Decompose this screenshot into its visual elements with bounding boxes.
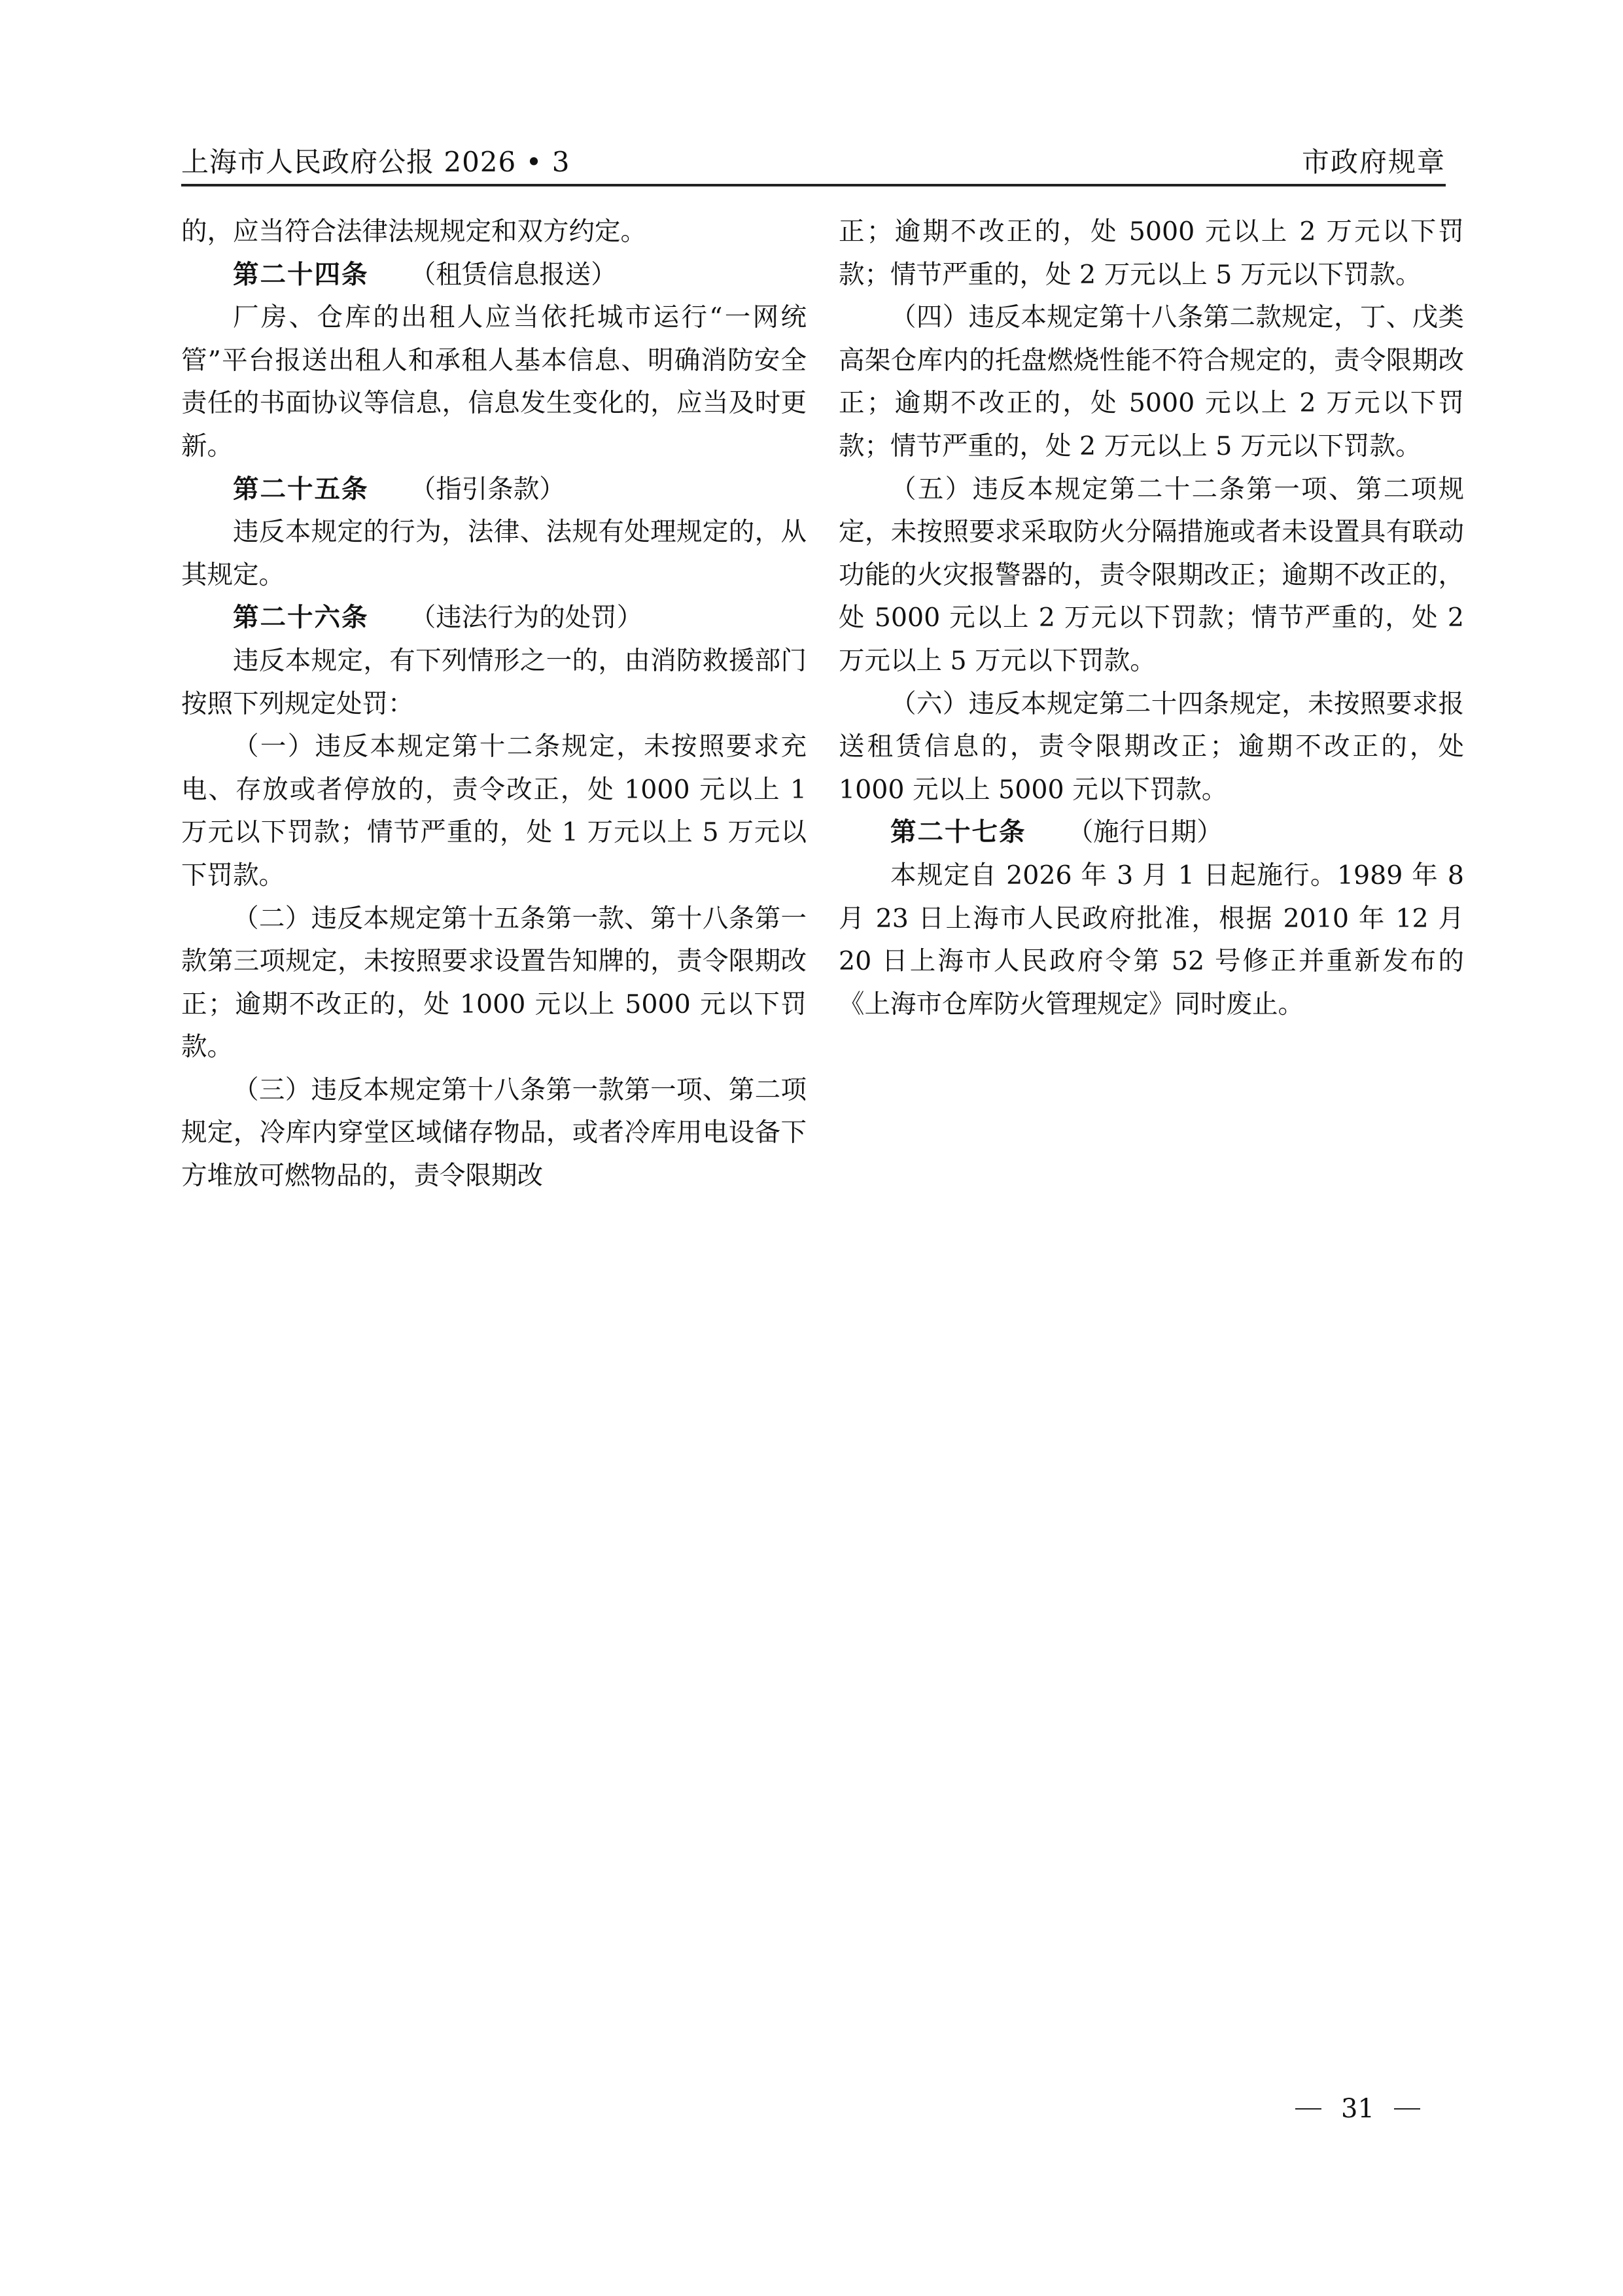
article-heading-27: 第二十七条（施行日期） <box>839 811 1464 855</box>
article-title: （施行日期） <box>1068 817 1223 847</box>
running-header: 上海市人民政府公报 2026 • 3 市政府规章 <box>181 134 1446 180</box>
paragraph: 违反本规定的行为，法律、法规有处理规定的，从其规定。 <box>181 511 807 597</box>
article-title: （租赁信息报送） <box>410 260 617 290</box>
article-title: （指引条款） <box>410 474 565 504</box>
list-item: （三）违反本规定第十八条第一款第一项、第二项规定，冷库内穿堂区域储存物品，或者冷… <box>181 1069 807 1198</box>
page-footer: 31 <box>1295 2094 1420 2124</box>
paragraph: 厂房、仓库的出租人应当依托城市运行“一网统管”平台报送出租人和承租人基本信息、明… <box>181 296 807 468</box>
article-heading-24: 第二十四条（租赁信息报送） <box>181 254 807 297</box>
dash-decoration <box>1394 2108 1420 2110</box>
paragraph-continuation: 正；逾期不改正的，处 5000 元以上 2 万元以下罚款；情节严重的，处 2 万… <box>839 211 1464 296</box>
paragraph-continuation: 的，应当符合法律法规规定和双方约定。 <box>181 211 807 254</box>
article-number: 第二十五条 <box>233 474 369 504</box>
article-number: 第二十四条 <box>233 260 369 290</box>
publication-title: 上海市人民政府公报 2026 • 3 <box>181 141 570 180</box>
article-heading-26: 第二十六条（违法行为的处罚） <box>181 597 807 640</box>
list-item: （五）违反本规定第二十二条第一项、第二项规定，未按照要求采取防火分隔措施或者未设… <box>839 468 1464 683</box>
header-divider <box>181 184 1446 186</box>
article-number: 第二十六条 <box>233 603 369 633</box>
list-item: （四）违反本规定第十八条第二款规定，丁、戊类高架仓库内的托盘燃烧性能不符合规定的… <box>839 296 1464 468</box>
dash-decoration <box>1295 2108 1321 2110</box>
left-column: 的，应当符合法律法规规定和双方约定。 第二十四条（租赁信息报送） 厂房、仓库的出… <box>181 211 807 1198</box>
list-item: （六）违反本规定第二十四条规定，未按照要求报送租赁信息的，责令限期改正；逾期不改… <box>839 683 1464 812</box>
list-item: （二）违反本规定第十五条第一款、第十八条第一款第三项规定，未按照要求设置告知牌的… <box>181 898 807 1069</box>
list-item: （一）违反本规定第十二条规定，未按照要求充电、存放或者停放的，责令改正，处 10… <box>181 726 807 897</box>
section-title: 市政府规章 <box>1302 141 1446 180</box>
article-heading-25: 第二十五条（指引条款） <box>181 468 807 512</box>
right-column: 正；逾期不改正的，处 5000 元以上 2 万元以下罚款；情节严重的，处 2 万… <box>839 211 1464 1026</box>
paragraph: 违反本规定，有下列情形之一的，由消防救援部门按照下列规定处罚： <box>181 640 807 726</box>
page-number: 31 <box>1341 2094 1374 2124</box>
paragraph: 本规定自 2026 年 3 月 1 日起施行。1989 年 8 月 23 日上海… <box>839 855 1464 1026</box>
article-number: 第二十七条 <box>890 817 1026 847</box>
article-title: （违法行为的处罚） <box>410 603 643 633</box>
